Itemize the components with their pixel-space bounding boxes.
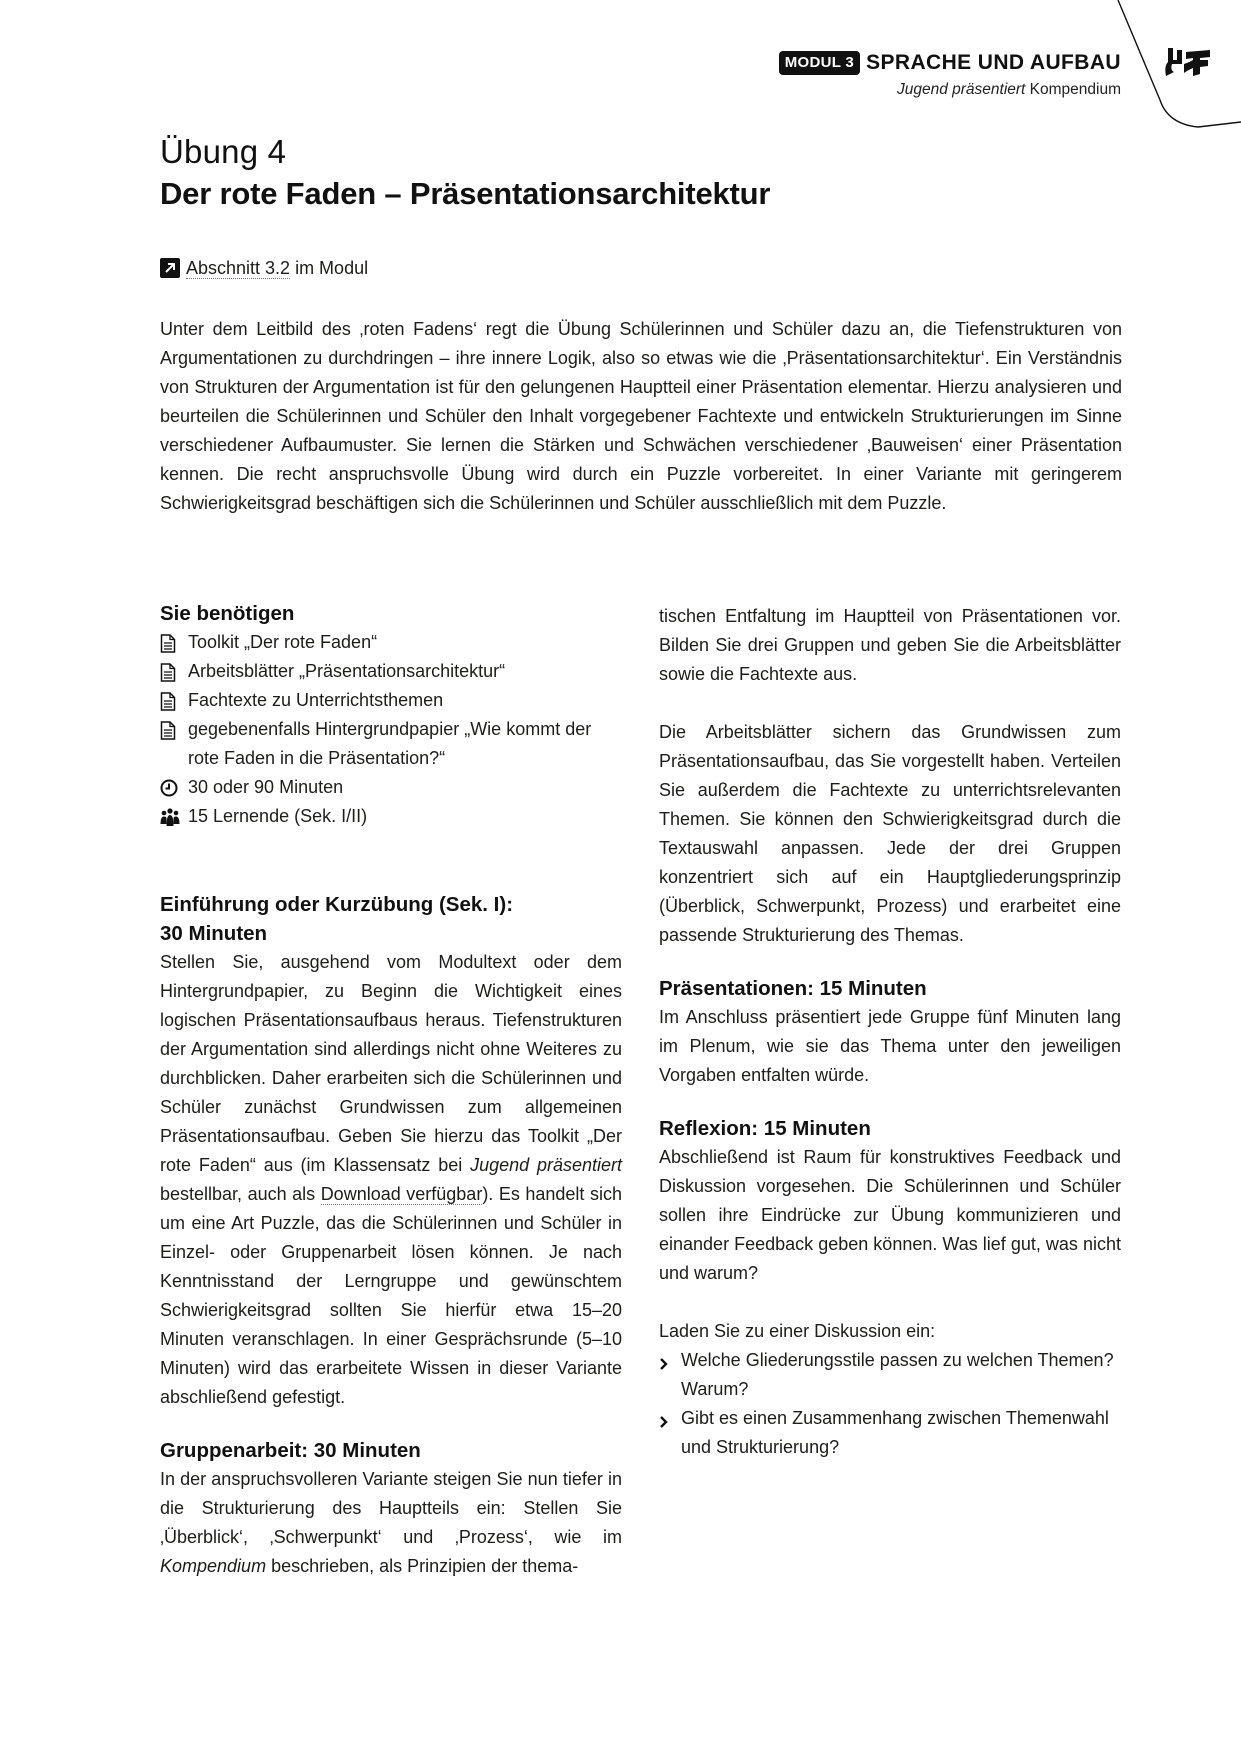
intro-exercise-body: Stellen Sie, ausgehend vom Modultext ode… bbox=[160, 948, 622, 1412]
needs-item: 15 Lernende (Sek. I/II) bbox=[160, 802, 622, 831]
intro-paragraph: Unter dem Leitbild des ‚roten Fadens‘ re… bbox=[160, 315, 1122, 518]
document-icon bbox=[160, 715, 188, 773]
needs-item: Arbeitsblätter „Präsentationsarchitektur… bbox=[160, 657, 622, 686]
publication-type: Kompendium bbox=[1025, 81, 1121, 98]
module-badge: MODUL 3 bbox=[779, 51, 860, 75]
discussion-question: Welche Gliederungsstile passen zu welche… bbox=[659, 1346, 1121, 1404]
document-icon bbox=[160, 657, 188, 686]
needs-list: Toolkit „Der rote Faden“ Arbeitsblätter … bbox=[160, 628, 622, 831]
group-work-continuation: tischen Entfaltung im Hauptteil von Präs… bbox=[659, 602, 1121, 689]
needs-item: Toolkit „Der rote Faden“ bbox=[160, 628, 622, 657]
discussion-questions: Welche Gliederungsstile passen zu welche… bbox=[659, 1346, 1121, 1462]
clock-icon bbox=[160, 773, 188, 802]
right-column: tischen Entfaltung im Hauptteil von Präs… bbox=[659, 602, 1121, 1462]
needs-item: 30 oder 90 Minuten bbox=[160, 773, 622, 802]
chevron-right-icon bbox=[659, 1404, 681, 1462]
needs-heading: Sie benötigen bbox=[160, 599, 622, 628]
publication-name: Jugend präsentiert bbox=[897, 81, 1025, 98]
module-title: SPRACHE UND AUFBAU bbox=[866, 50, 1121, 75]
download-link[interactable]: Download verfügbar bbox=[321, 1184, 483, 1205]
discussion-intro: Laden Sie zu einer Diskussion ein: bbox=[659, 1317, 1121, 1346]
section-link[interactable]: Abschnitt 3.2 bbox=[186, 258, 290, 279]
arrow-up-right-icon bbox=[160, 258, 180, 278]
needs-item: Fachtexte zu Unterrichtsthemen bbox=[160, 686, 622, 715]
chevron-right-icon bbox=[659, 1346, 681, 1404]
exercise-title: Der rote Faden – Präsentationsarchitektu… bbox=[160, 176, 770, 212]
left-column: Sie benötigen Toolkit „Der rote Faden“ A… bbox=[160, 599, 622, 1581]
group-work-body: In der anspruchsvolleren Variante steige… bbox=[160, 1465, 622, 1581]
publication-subtitle: Jugend präsentiert Kompendium bbox=[779, 81, 1121, 99]
reflection-heading: Reflexion: 15 Minuten bbox=[659, 1114, 1121, 1143]
jp-logo-icon bbox=[1164, 46, 1214, 78]
group-work-heading: Gruppenarbeit: 30 Minuten bbox=[160, 1436, 622, 1465]
reflection-body: Abschließend ist Raum für konstruktives … bbox=[659, 1143, 1121, 1288]
intro-exercise-heading: Einführung oder Kurzübung (Sek. I):30 Mi… bbox=[160, 890, 622, 948]
exercise-number: Übung 4 bbox=[160, 134, 286, 170]
page-header: MODUL 3 SPRACHE UND AUFBAU Jugend präsen… bbox=[779, 50, 1121, 99]
presentations-heading: Präsentationen: 15 Minuten bbox=[659, 974, 1121, 1003]
reference-suffix: im Modul bbox=[290, 258, 368, 278]
document-icon bbox=[160, 628, 188, 657]
needs-item: gegebenenfalls Hintergrundpapier „Wie ko… bbox=[160, 715, 622, 773]
group-icon bbox=[160, 802, 188, 831]
group-work-body-2: Die Arbeitsblätter sichern das Grundwiss… bbox=[659, 718, 1121, 950]
module-reference: Abschnitt 3.2 im Modul bbox=[160, 257, 368, 279]
presentations-body: Im Anschluss präsentiert jede Gruppe fün… bbox=[659, 1003, 1121, 1090]
document-icon bbox=[160, 686, 188, 715]
discussion-question: Gibt es einen Zusammenhang zwischen Them… bbox=[659, 1404, 1121, 1462]
